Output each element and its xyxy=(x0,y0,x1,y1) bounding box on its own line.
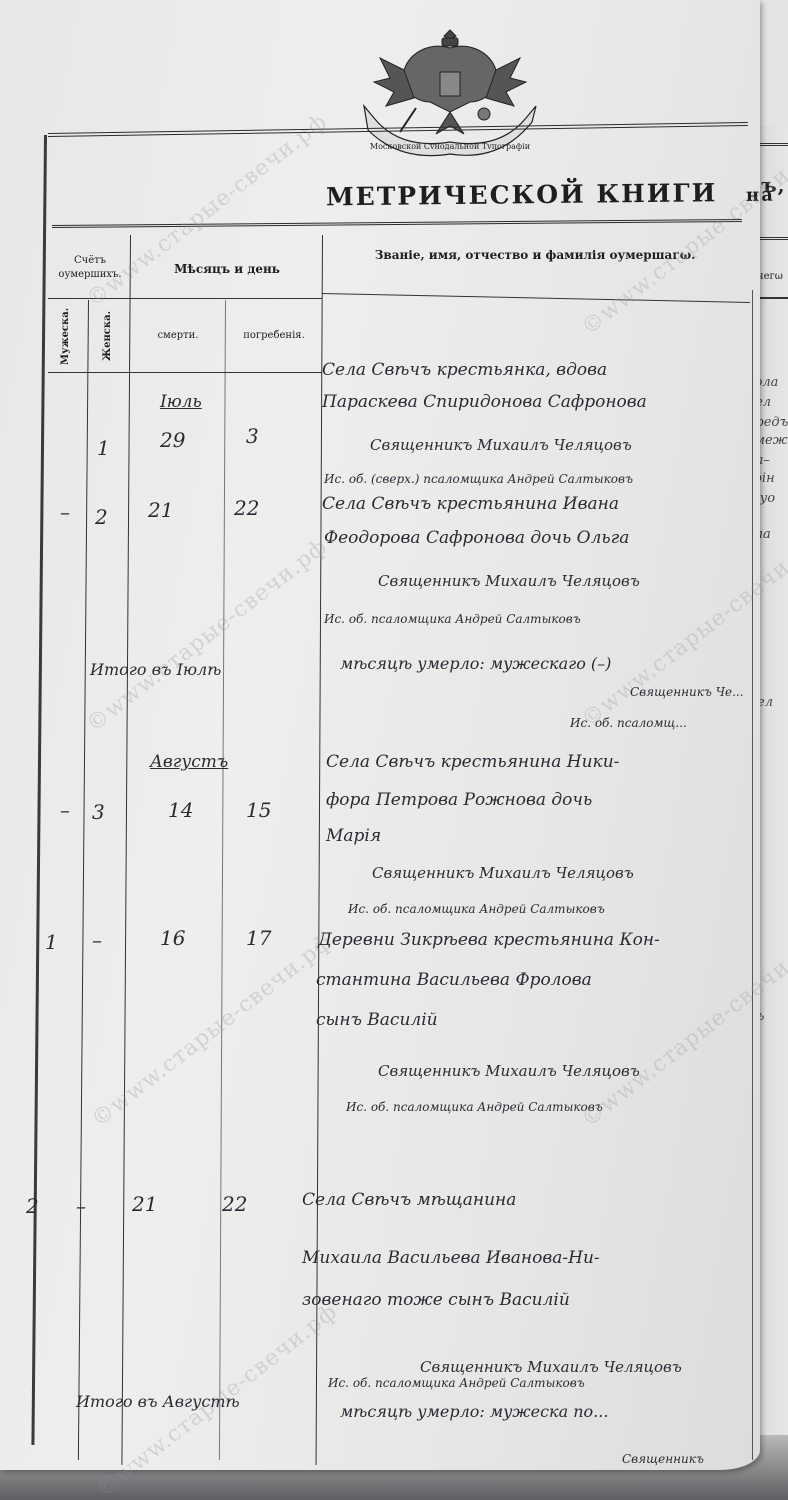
psalmist-signature: Ис. об. (сверх.) псаломщика Андрей Салты… xyxy=(324,472,633,486)
header-female: Женска. xyxy=(102,304,113,368)
header-burial: погребенія. xyxy=(226,330,322,341)
female-count: – xyxy=(92,928,102,952)
priest-signature: Священникъ Михаилъ Челяцовъ xyxy=(378,572,640,590)
burial-day: 3 xyxy=(246,424,259,448)
entry-text-line: Михаила Васильева Иванова-Ни- xyxy=(302,1248,600,1268)
watermark: ©www.старые-свечи.рф xyxy=(577,529,788,732)
header-male: Мужеска. xyxy=(60,304,71,368)
header-divider xyxy=(322,293,750,303)
watermark: ©www.старые-свечи.рф xyxy=(82,109,332,312)
burial-day: 17 xyxy=(246,926,271,950)
psalmist-signature: Ис. об. псаломщ... xyxy=(570,716,687,730)
entry-text-line: Деревни Зикрѣева крестьянина Кон- xyxy=(318,930,660,950)
entry-text-line: Села Свѣчъ крестьянина Ники- xyxy=(326,752,619,772)
male-count: 1 xyxy=(45,930,58,954)
entry-text-line: зовенаго тоже сынъ Василій xyxy=(302,1290,570,1310)
month-total-text: мѣсяцѣ умерло: мужеска по... xyxy=(340,1402,608,1421)
watermark: ©www.старые-свечи.рф xyxy=(577,137,788,340)
frame-left-rule xyxy=(31,135,47,1445)
death-day: 14 xyxy=(168,798,193,822)
entry-text-line: Села Свѣчъ крестьянка, вдова xyxy=(322,360,607,380)
death-day: 21 xyxy=(132,1192,157,1216)
entry-text-line: Марія xyxy=(326,826,381,846)
male-count: – xyxy=(60,500,70,524)
entry-text-line: Села Свѣчъ крестьянина Ивана xyxy=(322,494,619,514)
death-day: 21 xyxy=(148,498,173,522)
burial-day: 15 xyxy=(246,798,271,822)
psalmist-signature: Ис. об. псаломщика Андрей Салтыковъ xyxy=(348,902,605,916)
female-count: 3 xyxy=(92,800,105,824)
header-divider xyxy=(48,372,322,373)
entry-text-line: сынъ Василій xyxy=(316,1010,438,1030)
header-month-day: Мѣсяцъ и день xyxy=(132,262,322,276)
burial-day: 22 xyxy=(222,1192,247,1216)
entry-text-line: Параскева Спиридонова Сафронова xyxy=(322,392,647,412)
register-page: Московской Сvнодальной Тvпографіи МЕТРИЧ… xyxy=(0,0,760,1470)
priest-signature: Священникъ Михаилъ Челяцовъ xyxy=(378,1062,640,1080)
psalmist-signature: Ис. об. псаломщика Андрей Салтыковъ xyxy=(328,1376,585,1390)
page-title: МЕТРИЧЕСКОЙ КНИГИ на xyxy=(326,178,775,212)
psalmist-signature: Ис. об. псаломщика Андрей Салтыковъ xyxy=(346,1100,603,1114)
double-headed-eagle-icon: Московской Сvнодальной Тvпографіи xyxy=(360,22,540,162)
priest-signature: Священникъ Михаилъ Челяцовъ xyxy=(372,864,634,882)
column-divider xyxy=(78,300,89,1460)
priest-signature: Священникъ Че... xyxy=(630,685,744,699)
entry-text-line: Села Свѣчъ мѣщанина xyxy=(302,1190,516,1210)
month-label-july: Іюль xyxy=(160,392,202,412)
column-divider xyxy=(219,300,226,1460)
watermark: ©www.старые-свечи.рф xyxy=(82,534,332,737)
column-divider xyxy=(752,290,753,1460)
entry-text-line: Феодорова Сафронова дочь Ольга xyxy=(324,528,629,548)
adjacent-page-column-header: чегω xyxy=(757,271,783,282)
month-total-text: мѣсяцѣ умерло: мужескаго (–) xyxy=(340,654,611,673)
psalmist-signature: Ис. об. псаломщика Андрей Салтыковъ xyxy=(324,612,581,626)
female-count: 1 xyxy=(97,436,110,460)
burial-day: 22 xyxy=(234,496,259,520)
female-count: 2 xyxy=(95,505,108,529)
page-title-main: МЕТРИЧЕСКОЙ КНИГИ xyxy=(326,178,718,211)
title-rule xyxy=(52,219,742,228)
month-total-label: Итого въ Іюлѣ xyxy=(90,660,221,679)
month-label-august: Августъ xyxy=(150,752,228,772)
header-death: смерти. xyxy=(132,330,224,341)
death-day: 29 xyxy=(160,428,185,452)
column-divider xyxy=(316,235,323,1465)
column-divider xyxy=(121,235,131,1465)
entry-text-line: стантина Васильева Фролова xyxy=(316,970,592,990)
priest-signature: Священникъ Михаилъ Челяцовъ xyxy=(370,436,632,454)
watermark: ©www.старые-свечи.рф xyxy=(577,929,788,1132)
female-count: – xyxy=(76,1194,86,1218)
month-total-label: Итого въ Августѣ xyxy=(76,1392,240,1411)
male-count: 2 xyxy=(26,1194,39,1218)
death-day: 16 xyxy=(160,926,185,950)
entry-text-line: фора Петрова Рожнова дочь xyxy=(326,790,592,810)
priest-signature: Священникъ Михаилъ Челяцовъ xyxy=(420,1358,682,1376)
priest-signature: Священникъ xyxy=(622,1452,704,1466)
emblem-ribbon-text: Московской Сvнодальной Тvпографіи xyxy=(370,142,530,151)
male-count: – xyxy=(60,798,70,822)
